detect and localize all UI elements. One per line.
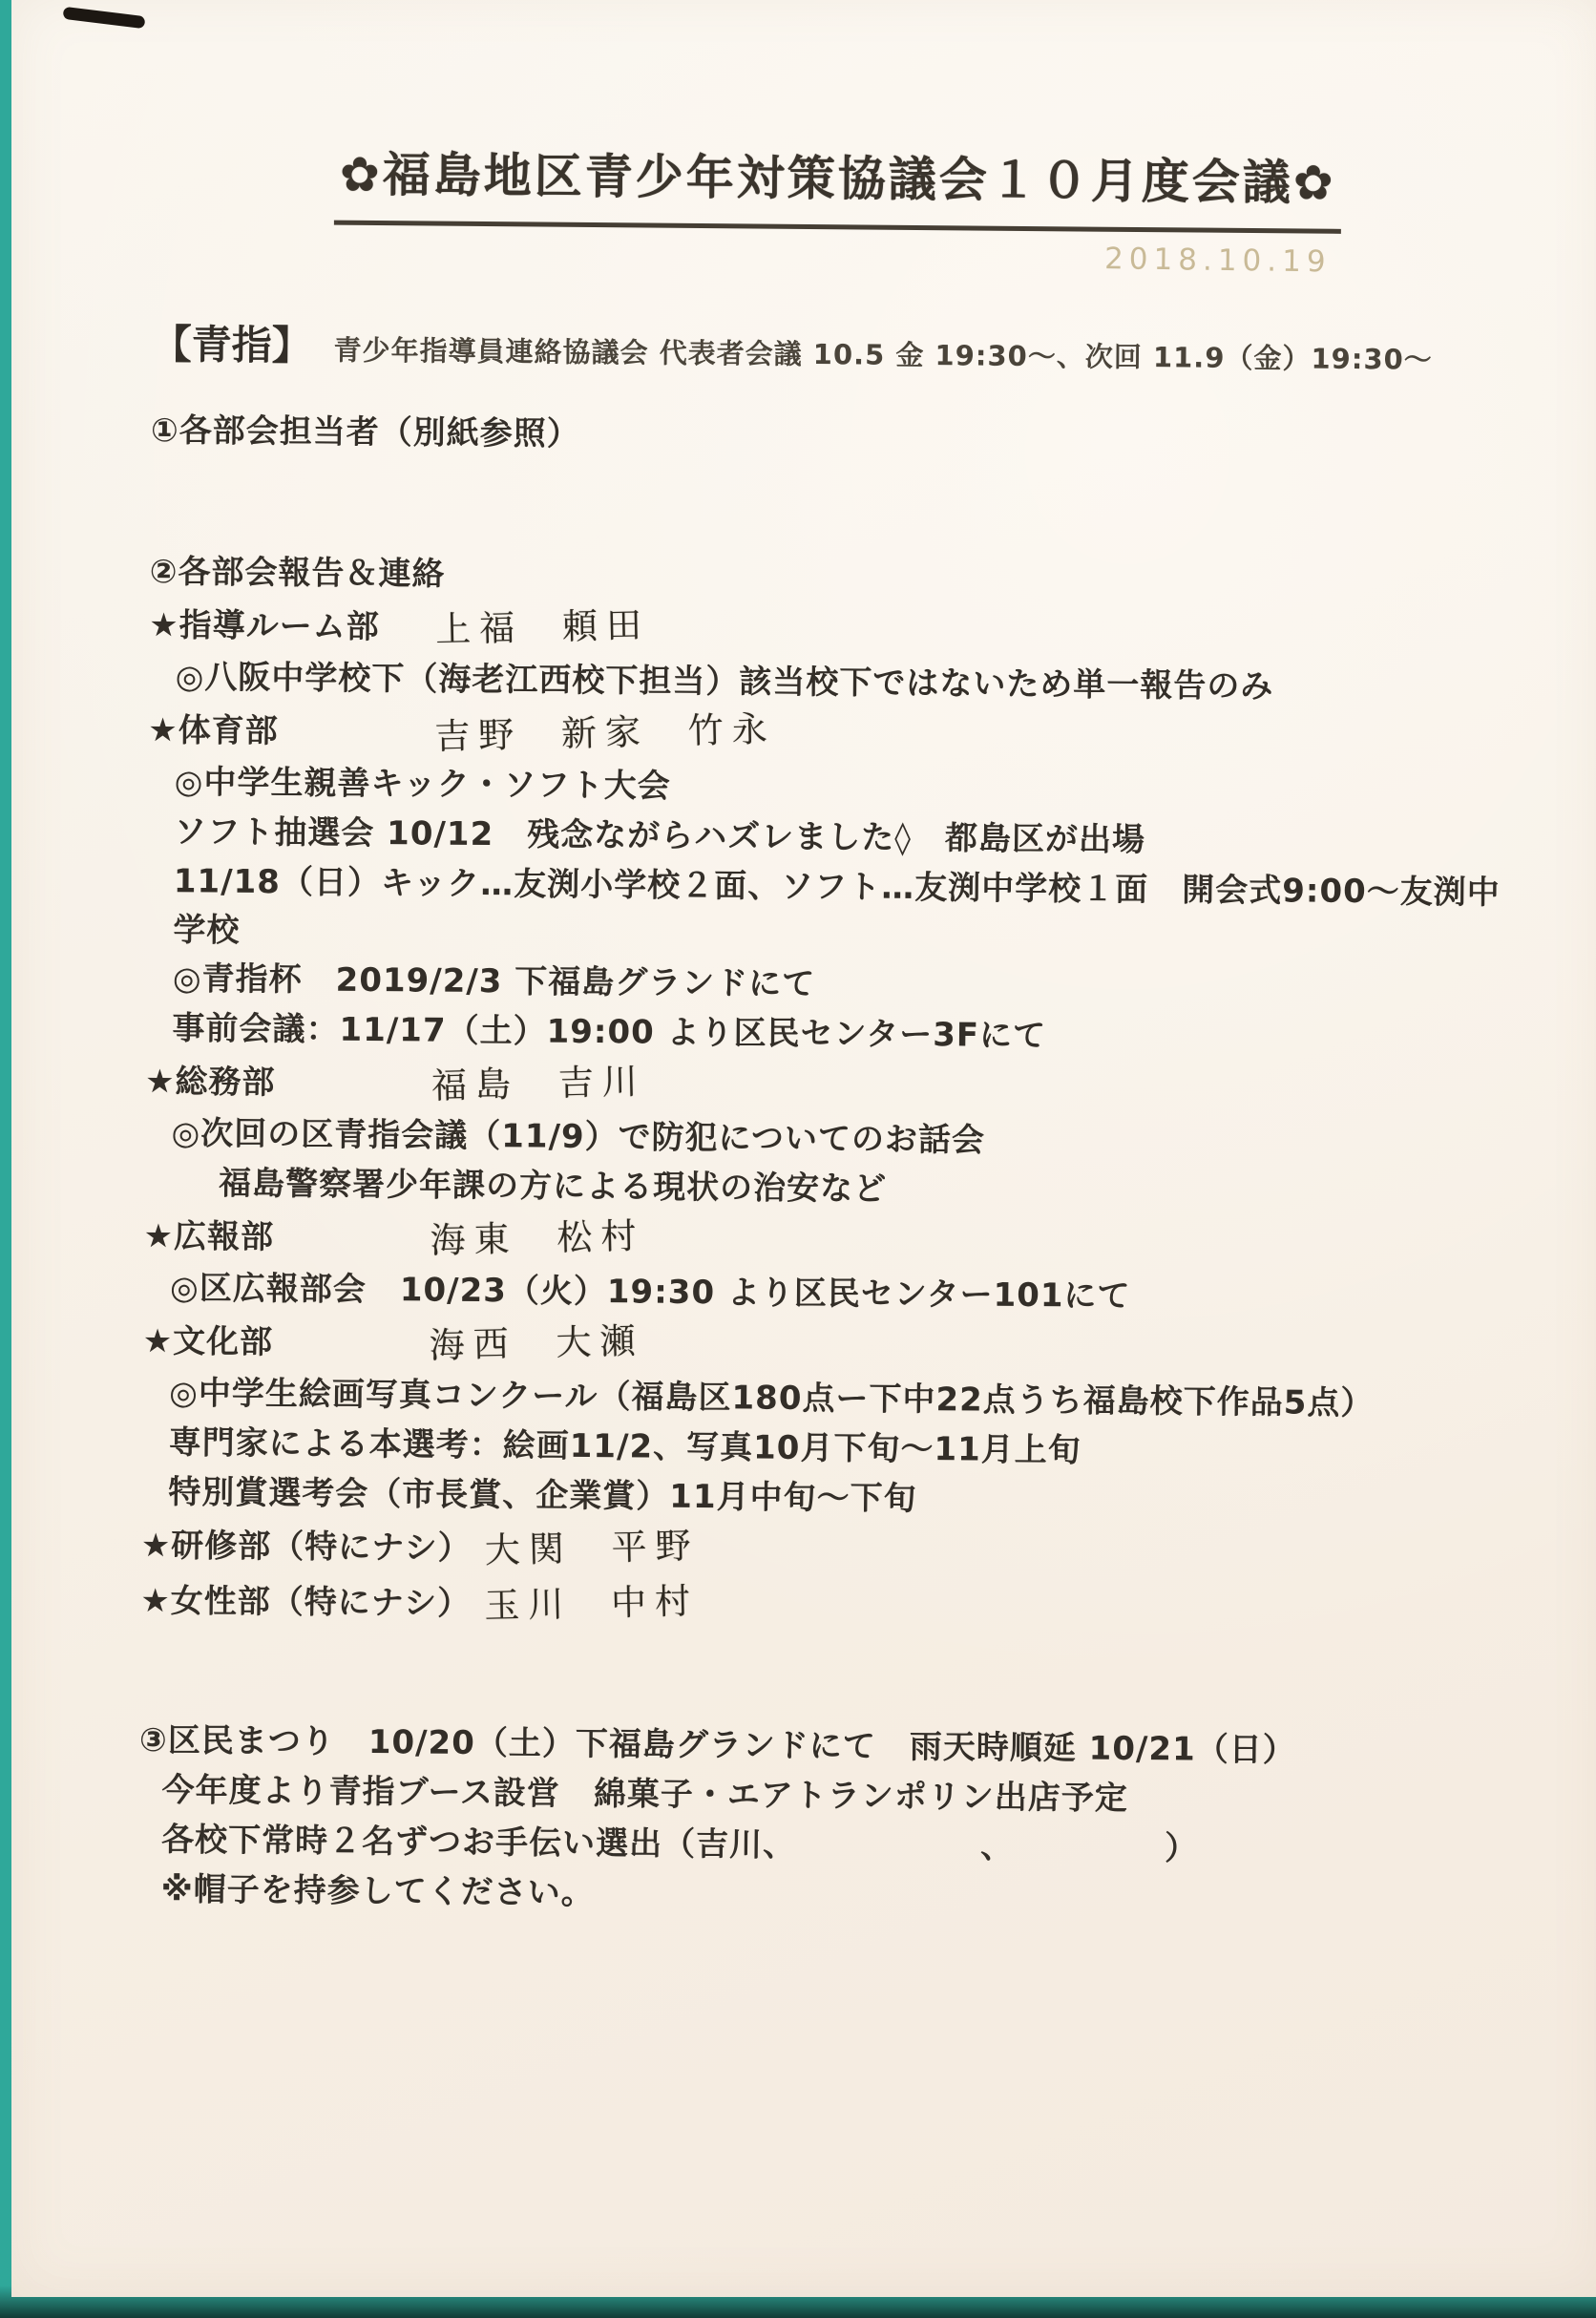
agenda-item-1: ①各部会担当者（別紙参照） (151, 406, 1521, 468)
handwritten-names: 福島 吉川 (430, 1055, 646, 1113)
dept-row-josei: ★女性部（特にナシ） 玉川 中村 (140, 1572, 1510, 1640)
dept-note: 11/18（日）キック…友渕小学校２面、ソフト…友渕中学校１面 開会式9:00〜… (173, 857, 1517, 966)
paper-sheet: ✿福島地区青少年対策協議会１０月度会議✿ 2018.10.19 【青指】 青少年… (11, 0, 1596, 2297)
title-row: ✿福島地区青少年対策協議会１０月度会議✿ (153, 137, 1523, 236)
document-content: ✿福島地区青少年対策協議会１０月度会議✿ 2018.10.19 【青指】 青少年… (137, 0, 1524, 1927)
agenda-item-3: ③区民まつり 10/20（土）下福島グランドにて 雨天時順延 10/21（日） … (137, 1716, 1509, 1927)
dept-name: ★女性部（特にナシ） (140, 1576, 471, 1628)
page-title: ✿福島地区青少年対策協議会１０月度会議✿ (333, 139, 1342, 234)
handwritten-names: 大関 平野 (484, 1519, 700, 1577)
dept-name: ★広報部 (143, 1212, 416, 1262)
handwritten-names: 海西 大瀬 (429, 1315, 644, 1373)
seishi-detail: 青少年指導員連絡協議会 代表者会議 10.5 金 19:30〜、次回 11.9（… (333, 333, 1432, 375)
handwritten-names: 海東 松村 (430, 1210, 645, 1268)
dept-name: ★研修部（特にナシ） (141, 1521, 472, 1572)
handwritten-names: 玉川 中村 (484, 1574, 700, 1633)
dept-name: ★文化部 (142, 1317, 415, 1367)
handwritten-names: 吉野 新家 竹永 (434, 703, 777, 764)
photo-of-document: { "colors":{ "table_background":"#2fa89a… (0, 0, 1596, 2318)
seishi-label: 【青指】 (152, 320, 312, 368)
handwritten-names: 上福 頼田 (435, 599, 651, 657)
dept-name: ★指導ルーム部 (149, 601, 422, 651)
dept-name: ★体育部 (148, 706, 421, 756)
dept-name: ★総務部 (145, 1057, 418, 1107)
seishi-header-line: 【青指】 青少年指導員連絡協議会 代表者会議 10.5 金 19:30〜、次回 … (152, 313, 1522, 386)
marker-stroke (63, 7, 146, 29)
matsuri-line-4: ※帽子を持参してください。 (160, 1865, 1507, 1927)
